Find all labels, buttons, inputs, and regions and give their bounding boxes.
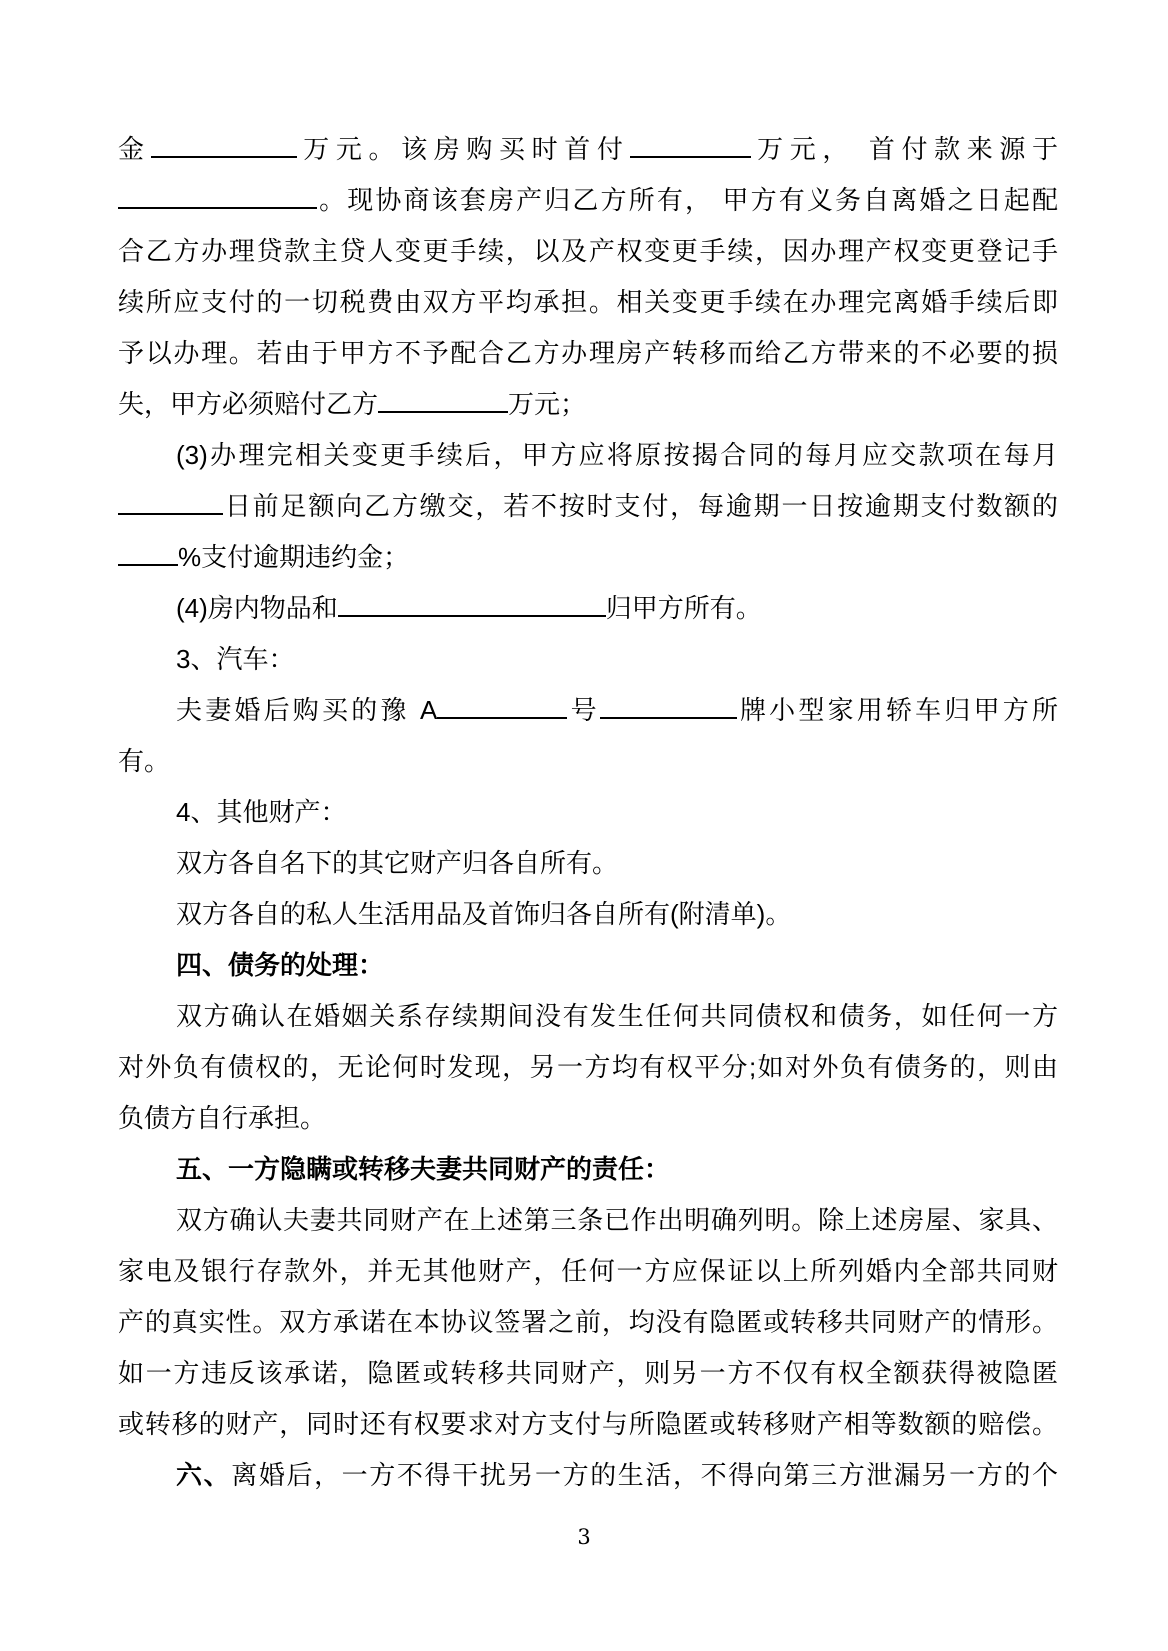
document-line: 双方确认夫妻共同财产在上述第三条已作出明确列明。除上述房屋、家具、 (118, 1195, 1058, 1246)
document-line: 金万元。该房购买时首付万元， 首付款来源于 (118, 124, 1058, 175)
document-line: 双方各自的私人生活用品及首饰归各自所有(附清单)。 (118, 889, 1058, 940)
document-line: 续所应支付的一切税费由双方平均承担。相关变更手续在办理完离婚手续后即 (118, 277, 1058, 328)
document-line: 合乙方办理贷款主贷人变更手续，以及产权变更手续，因办理产权变更登记手 (118, 226, 1058, 277)
document-line: 失，甲方必须赔付乙方万元； (118, 379, 1058, 430)
fill-in-blank (118, 488, 223, 515)
document-line: 予以办理。若由于甲方不予配合乙方办理房产转移而给乙方带来的不必要的损 (118, 328, 1058, 379)
text-segment: 万元， 首付款来源于 (751, 134, 1058, 164)
document-line: 有。 (118, 736, 1058, 787)
document-line: 双方确认在婚姻关系存续期间没有发生任何共同债权和债务，如任何一方 (118, 991, 1058, 1042)
text-segment: 4、其他财产： (176, 797, 346, 827)
fill-in-blank (338, 590, 606, 617)
fill-in-blank (118, 182, 317, 209)
document-line: 五、一方隐瞒或转移夫妻共同财产的责任： (118, 1144, 1058, 1195)
text-segment: 双方各自的私人生活用品及首饰归各自所有(附清单)。 (176, 899, 791, 929)
document-line: 四、债务的处理： (118, 940, 1058, 991)
document-line: 六、离婚后，一方不得干扰另一方的生活，不得向第三方泄漏另一方的个 (118, 1450, 1058, 1501)
text-segment: 负债方自行承担。 (118, 1103, 326, 1133)
text-segment: 对外负有债权的，无论何时发现，另一方均有权平分;如对外负有债务的，则由 (118, 1052, 1058, 1082)
document-line: (3)办理完相关变更手续后，甲方应将原按揭合同的每月应交款项在每月 (118, 430, 1058, 481)
document-line: 日前足额向乙方缴交，若不按时支付，每逾期一日按逾期支付数额的 (118, 481, 1058, 532)
document-line: 或转移的财产，同时还有权要求对方支付与所隐匿或转移财产相等数额的赔偿。 (118, 1399, 1058, 1450)
document-line: 。现协商该套房产归乙方所有， 甲方有义务自离婚之日起配 (118, 175, 1058, 226)
document-line: 夫妻婚后购买的豫 A号牌小型家用轿车归甲方所 (118, 685, 1058, 736)
text-segment: 3、汽车： (176, 644, 294, 674)
document-line: 产的真实性。双方承诺在本协议签署之前，均没有隐匿或转移共同财产的情形。 (118, 1297, 1058, 1348)
text-segment: 予以办理。若由于甲方不予配合乙方办理房产转移而给乙方带来的不必要的损 (118, 338, 1058, 368)
text-segment: 如一方违反该承诺，隐匿或转移共同财产，则另一方不仅有权全额获得被隐匿 (118, 1358, 1058, 1388)
text-segment: 合乙方办理贷款主贷人变更手续，以及产权变更手续，因办理产权变更登记手 (118, 236, 1058, 266)
document-line: 对外负有债权的，无论何时发现，另一方均有权平分;如对外负有债务的，则由 (118, 1042, 1058, 1093)
document-line: 负债方自行承担。 (118, 1093, 1058, 1144)
document-page: 金万元。该房购买时首付万元， 首付款来源于。现协商该套房产归乙方所有， 甲方有义… (0, 0, 1168, 1651)
text-segment: (4)房内物品和 (176, 593, 338, 623)
text-segment: 万元。该房购买时首付 (297, 134, 630, 164)
text-segment: 或转移的财产，同时还有权要求对方支付与所隐匿或转移财产相等数额的赔偿。 (118, 1409, 1058, 1439)
text-segment: %支付逾期违约金； (178, 542, 409, 572)
text-segment: 家电及银行存款外，并无其他财产，任何一方应保证以上所列婚内全部共同财 (118, 1256, 1058, 1286)
text-segment: 万元； (508, 389, 586, 419)
text-segment: 双方确认夫妻共同财产在上述第三条已作出明确列明。除上述房屋、家具、 (176, 1205, 1058, 1235)
text-segment: 失，甲方必须赔付乙方 (118, 389, 378, 419)
fill-in-blank (437, 692, 567, 719)
document-line: (4)房内物品和归甲方所有。 (118, 583, 1058, 634)
text-segment: 金 (118, 134, 151, 164)
fill-in-blank (630, 131, 751, 158)
fill-in-blank (151, 131, 297, 158)
text-segment: 牌小型家用轿车归甲方所 (737, 695, 1058, 725)
text-segment: 。现协商该套房产归乙方所有， 甲方有义务自离婚之日起配 (317, 185, 1058, 215)
text-segment: 归甲方所有。 (606, 593, 762, 623)
text-segment: 五、一方隐瞒或转移夫妻共同财产的责任： (176, 1154, 670, 1184)
text-segment: 离婚后，一方不得干扰另一方的生活，不得向第三方泄漏另一方的个 (231, 1460, 1058, 1490)
text-segment: 双方确认在婚姻关系存续期间没有发生任何共同债权和债务，如任何一方 (176, 1001, 1058, 1031)
text-segment: 号 (567, 695, 599, 725)
document-line: %支付逾期违约金； (118, 532, 1058, 583)
text-segment: 产的真实性。双方承诺在本协议签署之前，均没有隐匿或转移共同财产的情形。 (118, 1307, 1058, 1337)
text-segment: 夫妻婚后购买的豫 A (176, 695, 437, 725)
text-segment: 日前足额向乙方缴交，若不按时支付，每逾期一日按逾期支付数额的 (223, 491, 1058, 521)
fill-in-blank (600, 692, 737, 719)
text-segment: 续所应支付的一切税费由双方平均承担。相关变更手续在办理完离婚手续后即 (118, 287, 1058, 317)
text-segment: 六、 (176, 1460, 231, 1490)
document-line: 3、汽车： (118, 634, 1058, 685)
document-line: 家电及银行存款外，并无其他财产，任何一方应保证以上所列婚内全部共同财 (118, 1246, 1058, 1297)
document-lines: 金万元。该房购买时首付万元， 首付款来源于。现协商该套房产归乙方所有， 甲方有义… (118, 124, 1058, 1501)
page-number: 3 (0, 1522, 1168, 1552)
document-line: 双方各自名下的其它财产归各自所有。 (118, 838, 1058, 889)
fill-in-blank (378, 386, 508, 413)
document-line: 4、其他财产： (118, 787, 1058, 838)
text-segment: (3)办理完相关变更手续后，甲方应将原按揭合同的每月应交款项在每月 (176, 440, 1058, 470)
fill-in-blank (118, 539, 178, 566)
text-segment: 双方各自名下的其它财产归各自所有。 (176, 848, 618, 878)
text-segment: 有。 (118, 746, 170, 776)
document-line: 如一方违反该承诺，隐匿或转移共同财产，则另一方不仅有权全额获得被隐匿 (118, 1348, 1058, 1399)
text-segment: 四、债务的处理： (176, 950, 384, 980)
